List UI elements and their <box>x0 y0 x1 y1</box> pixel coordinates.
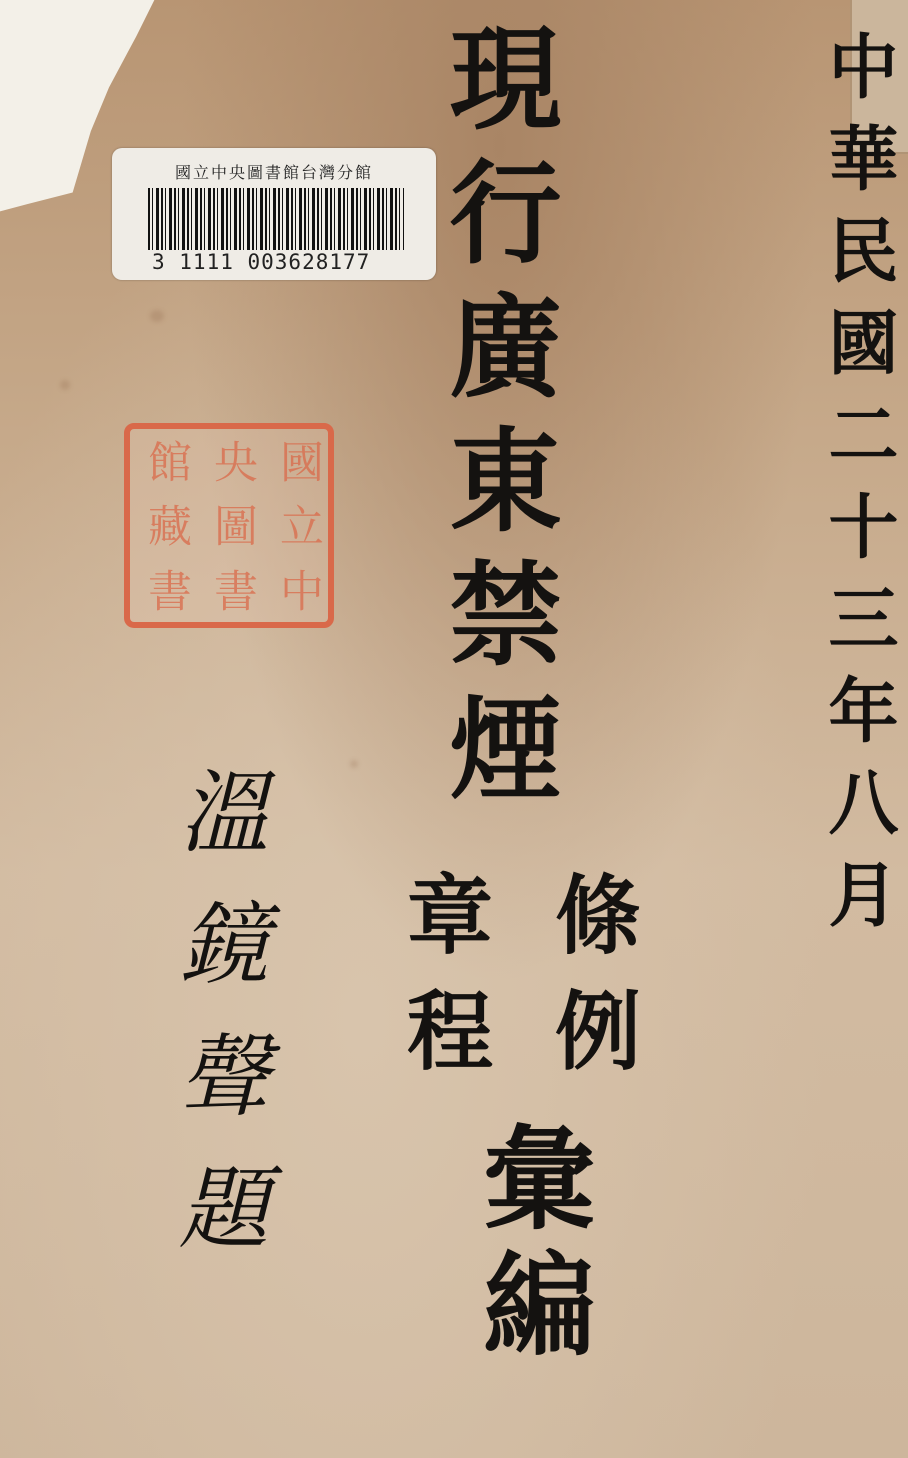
date-inscription: 中華民國二十三年八月 <box>808 30 908 950</box>
barcode-icon <box>148 188 404 250</box>
title-branch-left: 章程 <box>380 870 504 1102</box>
seal-char: 央 <box>196 429 262 493</box>
title-branch-right: 條例 <box>528 870 652 1102</box>
paper-stain <box>150 310 164 322</box>
title-end: 彙編 <box>450 1120 611 1372</box>
calligrapher-signature: 溫鏡聲題 <box>150 765 280 1293</box>
library-seal: 館 央 國 藏 圖 立 書 書 中 <box>124 423 334 628</box>
title-main-column: 現行廣東禁煙 <box>440 20 552 824</box>
barcode-number: 3 1111 003628177 <box>152 250 370 274</box>
library-name: 國立中央圖書館台灣分館 <box>112 160 436 183</box>
seal-char: 中 <box>262 558 328 622</box>
paper-stain <box>350 760 358 768</box>
seal-char: 書 <box>196 558 262 622</box>
seal-char: 書 <box>130 558 196 622</box>
seal-char: 立 <box>262 493 328 557</box>
seal-char: 館 <box>130 429 196 493</box>
seal-char: 藏 <box>130 493 196 557</box>
paper-stain <box>60 380 70 390</box>
seal-char: 國 <box>262 429 328 493</box>
library-barcode-label: 國立中央圖書館台灣分館 3 1111 003628177 <box>112 148 436 280</box>
seal-char: 圖 <box>196 493 262 557</box>
